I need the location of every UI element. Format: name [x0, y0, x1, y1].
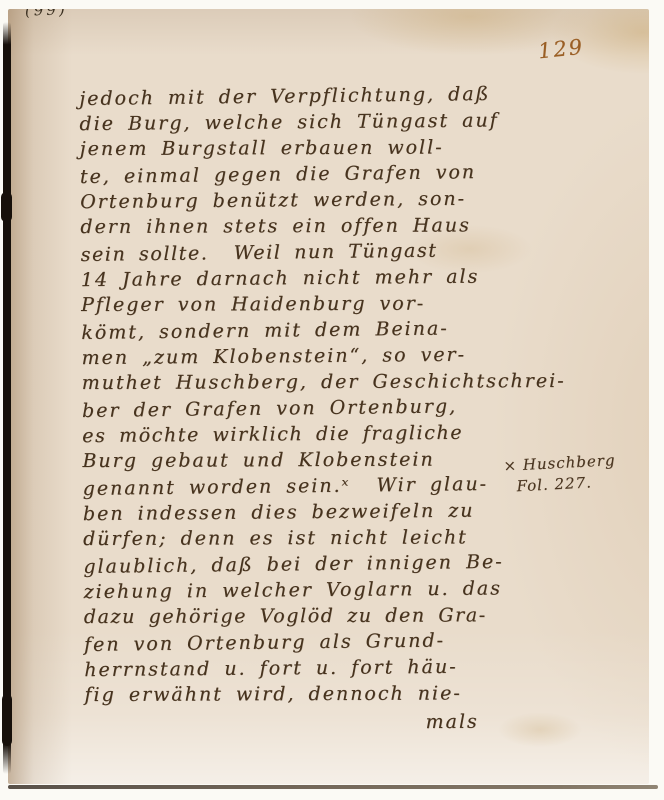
- scanned-manuscript-photo: (99) 129 jedoch mit der Verpflichtung, d…: [0, 0, 664, 800]
- manuscript-line: dürfen; denn es ist nicht leicht: [83, 524, 565, 552]
- manuscript-line: die Burg, welche sich Tüngast auf: [79, 107, 561, 137]
- manuscript-line: men „zum Klobenstein“, so ver-: [81, 341, 563, 371]
- manuscript-line: ben indessen dies bezweifeln zu: [83, 497, 565, 527]
- page-bottom-shadow: [8, 785, 658, 789]
- manuscript-line: jenem Burgstall erbauen woll-: [80, 134, 562, 162]
- manuscript-line: Pfleger von Haidenburg vor-: [81, 290, 563, 318]
- page-number: 129: [537, 35, 585, 64]
- manuscript-line: Burg gebaut und Klobenstein: [82, 446, 564, 474]
- manuscript-line: ziehung in welcher Voglarn u. das: [83, 575, 565, 605]
- manuscript-line: Ortenburg benützt werden, son-: [80, 185, 562, 215]
- footnote-cross-mark: ×: [503, 456, 518, 475]
- manuscript-line: es möchte wirklich die fragliche: [82, 419, 564, 449]
- manuscript-line: muthet Huschberg, der Geschichtschrei-: [82, 368, 564, 396]
- manuscript-line: 14 Jahre darnach nicht mehr als: [81, 263, 563, 293]
- manuscript-page: (99) 129 jedoch mit der Verpflichtung, d…: [8, 9, 649, 784]
- corner-inscription: (99): [25, 9, 68, 20]
- manuscript-line: dazu gehörige Voglöd zu den Gra-: [84, 602, 566, 630]
- manuscript-text-block: jedoch mit der Verpflichtung, daß die Bu…: [79, 81, 567, 738]
- margin-note-reference: Fol. 227.: [504, 471, 617, 498]
- margin-note-author: Huschberg: [522, 451, 616, 474]
- margin-note: × Huschberg Fol. 227.: [503, 450, 617, 498]
- manuscript-line: fig erwähnt wird, dennoch nie-: [84, 680, 566, 708]
- book-binding-edge: [3, 22, 11, 774]
- manuscript-line: herrnstand u. fort u. fort häu-: [84, 653, 566, 683]
- manuscript-line: dern ihnen stets ein offen Haus: [80, 212, 562, 240]
- catchword: mals: [85, 708, 567, 738]
